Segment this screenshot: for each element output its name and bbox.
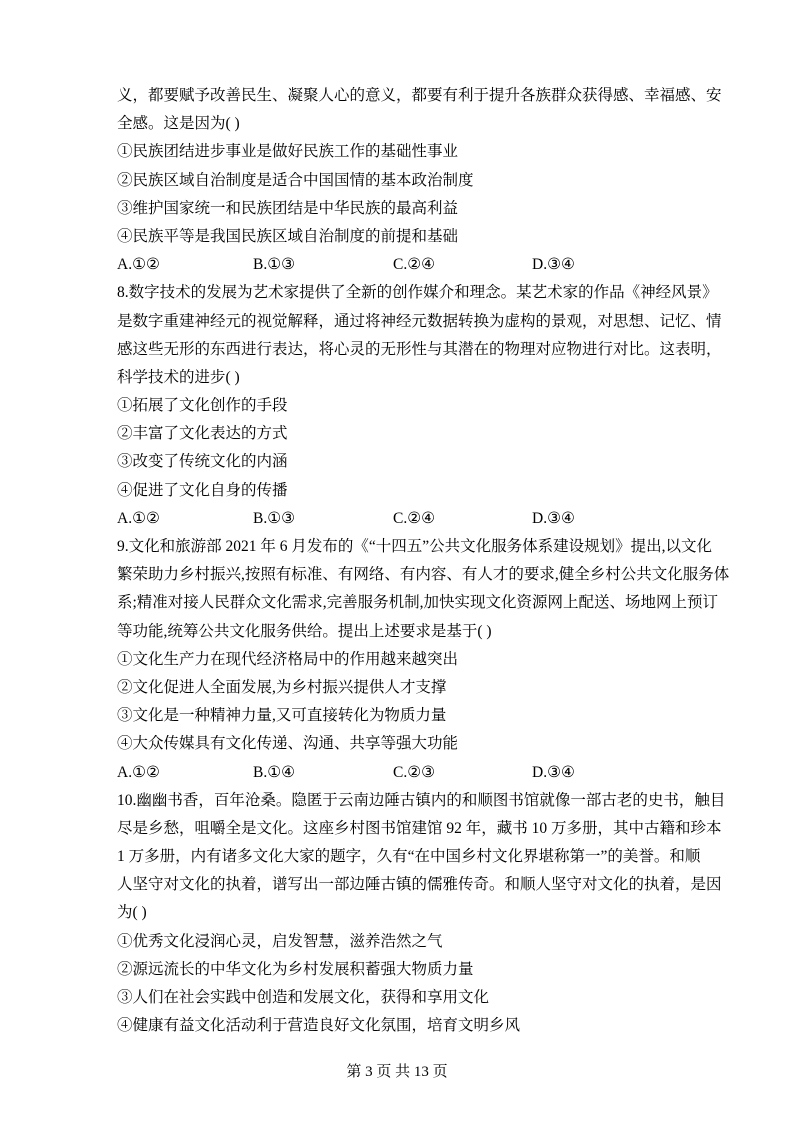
question-stem-line: 9.文化和旅游部 2021 年 6 月发布的《“十四五”公共文化服务体系建设规划… [117, 533, 717, 561]
answer-row: A.①② B.①③ C.②④ D.③④ [117, 505, 717, 533]
option-line: ②源远流长的中华文化为乡村发展积蓄强大物质力量 [117, 956, 717, 984]
option-line: ④健康有益文化活动利于营造良好文化氛围，培育文明乡风 [117, 1012, 717, 1040]
option-line: ③改变了传统文化的内涵 [117, 448, 717, 476]
answer-choice-d: D.③④ [532, 759, 575, 787]
answer-choice-d: D.③④ [532, 251, 575, 279]
answer-choice-c: C.②③ [393, 759, 435, 787]
answer-row: A.①② B.①④ C.②③ D.③④ [117, 759, 717, 787]
option-line: ①民族团结进步事业是做好民族工作的基础性事业 [117, 138, 717, 166]
page-footer: 第 3 页 共 13 页 [0, 1062, 794, 1082]
option-line: ①文化生产力在现代经济格局中的作用越来越突出 [117, 646, 717, 674]
question-stem-line: 为( ) [117, 899, 717, 927]
answer-choice-b: B.①③ [253, 251, 295, 279]
question-stem-line: 义，都要赋予改善民生、凝聚人心的意义，都要有利于提升各族群众获得感、幸福感、安 [117, 82, 717, 110]
option-line: ④大众传媒具有文化传递、沟通、共享等强大功能 [117, 730, 717, 758]
answer-choice-c: C.②④ [393, 505, 435, 533]
question-stem-line: 人坚守对文化的执着，谱写出一部边陲古镇的儒雅传奇。和顺人坚守对文化的执着，是因 [117, 871, 717, 899]
question-stem-line: 科学技术的进步( ) [117, 364, 717, 392]
question-stem-line: 尽是乡愁，咀嚼全是文化。这座乡村图书馆建馆 92 年，藏书 10 万多册，其中古… [117, 815, 717, 843]
option-line: ①拓展了文化创作的手段 [117, 392, 717, 420]
question-stem-line: 系;精准对接人民群众文化需求,完善服务机制,加快实现文化资源网上配送、场地网上预… [117, 589, 717, 617]
question-stem-line: 1 万多册，内有诸多文化大家的题字，久有“在中国乡村文化界堪称第一”的美誉。和顺 [117, 843, 717, 871]
option-line: ②民族区域自治制度是适合中国国情的基本政治制度 [117, 167, 717, 195]
answer-choice-b: B.①③ [253, 505, 295, 533]
answer-choice-c: C.②④ [393, 251, 435, 279]
question-stem-line: 感这些无形的东西进行表达，将心灵的无形性与其潜在的物理对应物进行对比。这表明， [117, 336, 717, 364]
question-stem-line: 8.数字技术的发展为艺术家提供了全新的创作媒介和理念。某艺术家的作品《神经风景》 [117, 279, 717, 307]
option-line: ②丰富了文化表达的方式 [117, 420, 717, 448]
option-line: ③文化是一种精神力量,又可直接转化为物质力量 [117, 702, 717, 730]
option-line: ④促进了文化自身的传播 [117, 477, 717, 505]
document-page: 义，都要赋予改善民生、凝聚人心的意义，都要有利于提升各族群众获得感、幸福感、安 … [0, 0, 794, 1123]
option-line: ①优秀文化浸润心灵，启发智慧，滋养浩然之气 [117, 928, 717, 956]
answer-choice-a: A.①② [117, 505, 160, 533]
option-line: ②文化促进人全面发展,为乡村振兴提供人才支撑 [117, 674, 717, 702]
answer-row: A.①② B.①③ C.②④ D.③④ [117, 251, 717, 279]
answer-choice-a: A.①② [117, 251, 160, 279]
question-stem-line: 繁荣助力乡村振兴,按照有标准、有网络、有内容、有人才的要求,健全乡村公共文化服务… [117, 561, 717, 589]
answer-choice-b: B.①④ [253, 759, 295, 787]
exam-text-block: 义，都要赋予改善民生、凝聚人心的意义，都要有利于提升各族群众获得感、幸福感、安 … [117, 82, 717, 1040]
option-line: ③维护国家统一和民族团结是中华民族的最高利益 [117, 195, 717, 223]
answer-choice-d: D.③④ [532, 505, 575, 533]
option-line: ③人们在社会实践中创造和发展文化，获得和享用文化 [117, 984, 717, 1012]
question-stem-line: 等功能,统筹公共文化服务供给。提出上述要求是基于( ) [117, 618, 717, 646]
answer-choice-a: A.①② [117, 759, 160, 787]
option-line: ④民族平等是我国民族区域自治制度的前提和基础 [117, 223, 717, 251]
question-stem-line: 全感。这是因为( ) [117, 110, 717, 138]
question-stem-line: 10.幽幽书香，百年沧桑。隐匿于云南边陲古镇内的和顺图书馆就像一部古老的史书，触… [117, 787, 717, 815]
question-stem-line: 是数字重建神经元的视觉解释，通过将神经元数据转换为虚构的景观，对思想、记忆、情 [117, 308, 717, 336]
